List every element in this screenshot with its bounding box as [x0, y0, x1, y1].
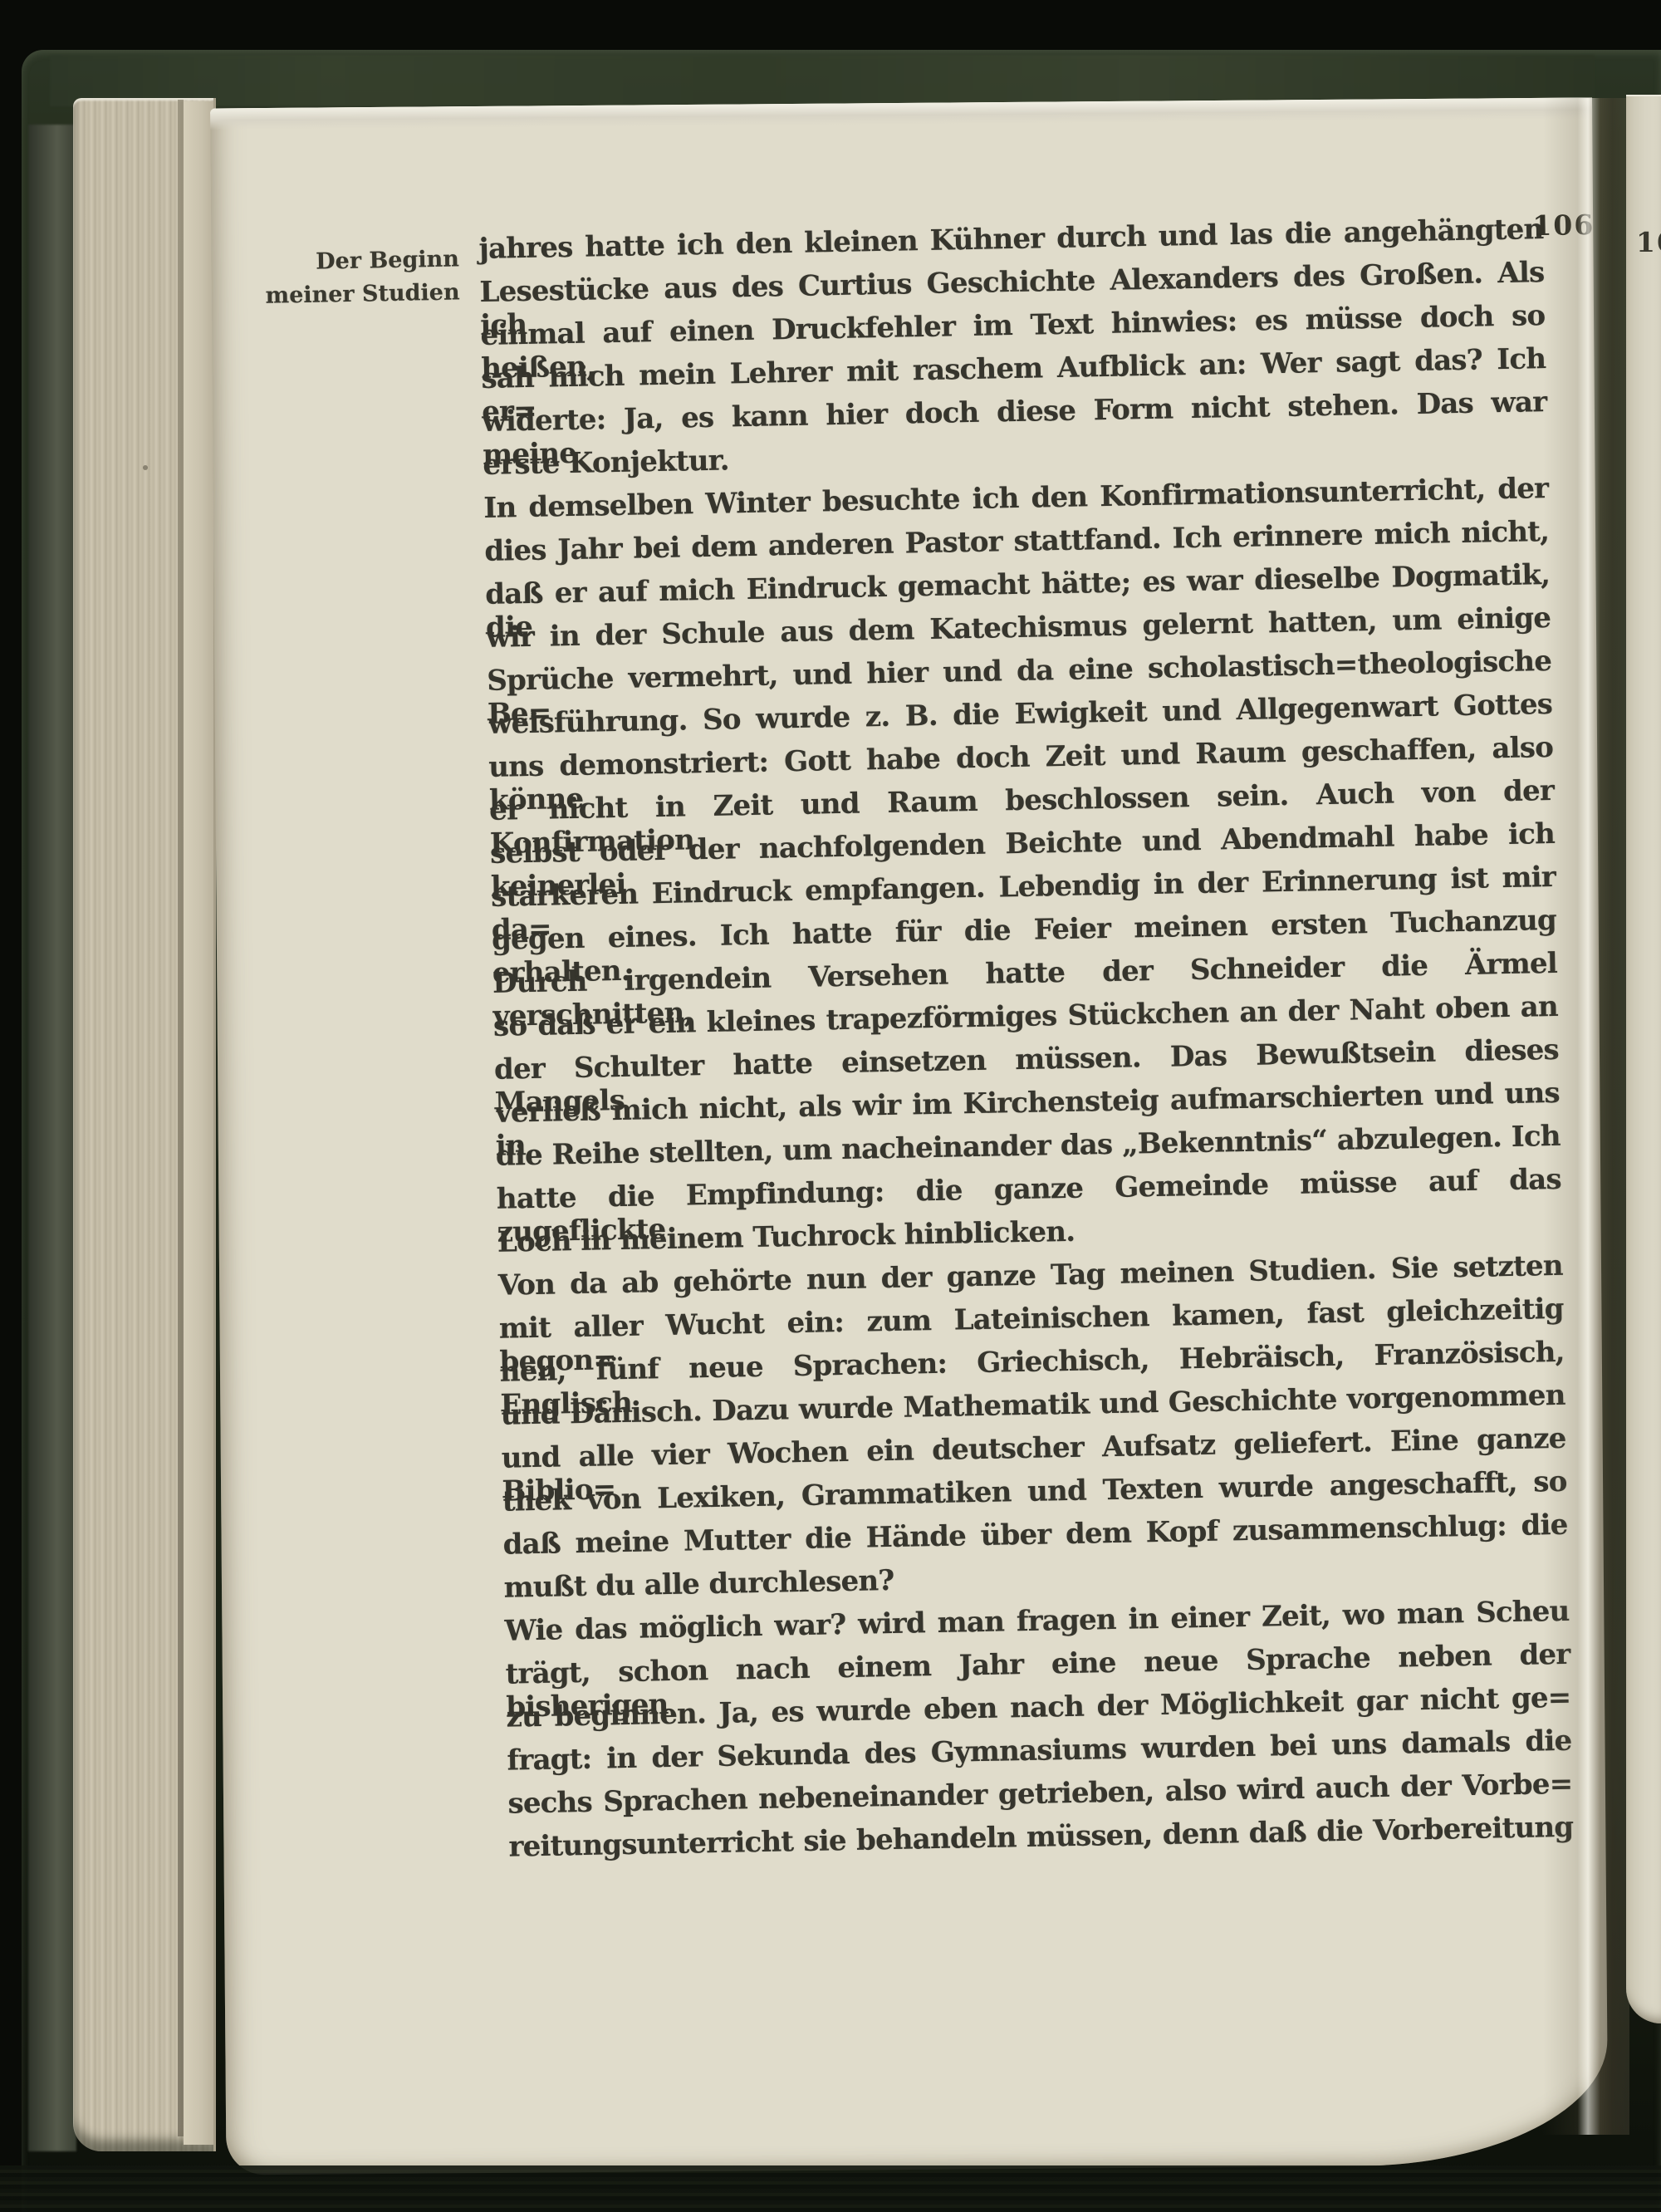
book-cover-fore-edge [28, 125, 76, 2151]
left-page: Der Beginn meiner Studien 106 jahres hat… [210, 97, 1608, 2175]
paper-speck [143, 465, 148, 470]
page-text-block: Der Beginn meiner Studien 106 jahres hat… [478, 213, 1574, 1874]
book-photo: { "page": { "folio": "106", "facing_foli… [0, 0, 1661, 2212]
gutter-shadow [1543, 98, 1629, 2135]
margin-note: Der Beginn meiner Studien [233, 243, 459, 313]
bottom-shadow-band [0, 2165, 1661, 2212]
margin-note-line-1: Der Beginn [233, 243, 459, 280]
facing-page-number: 10 [1636, 226, 1661, 258]
page-stack-inner-edges [184, 101, 213, 2145]
margin-note-line-2: meiner Studien [233, 276, 460, 313]
page-stack-separation-line [178, 100, 184, 2136]
facing-page-sliver: 10 [1626, 95, 1661, 2023]
text-lines: jahres hatte ich den kleinen Kühner durc… [478, 213, 1574, 1874]
